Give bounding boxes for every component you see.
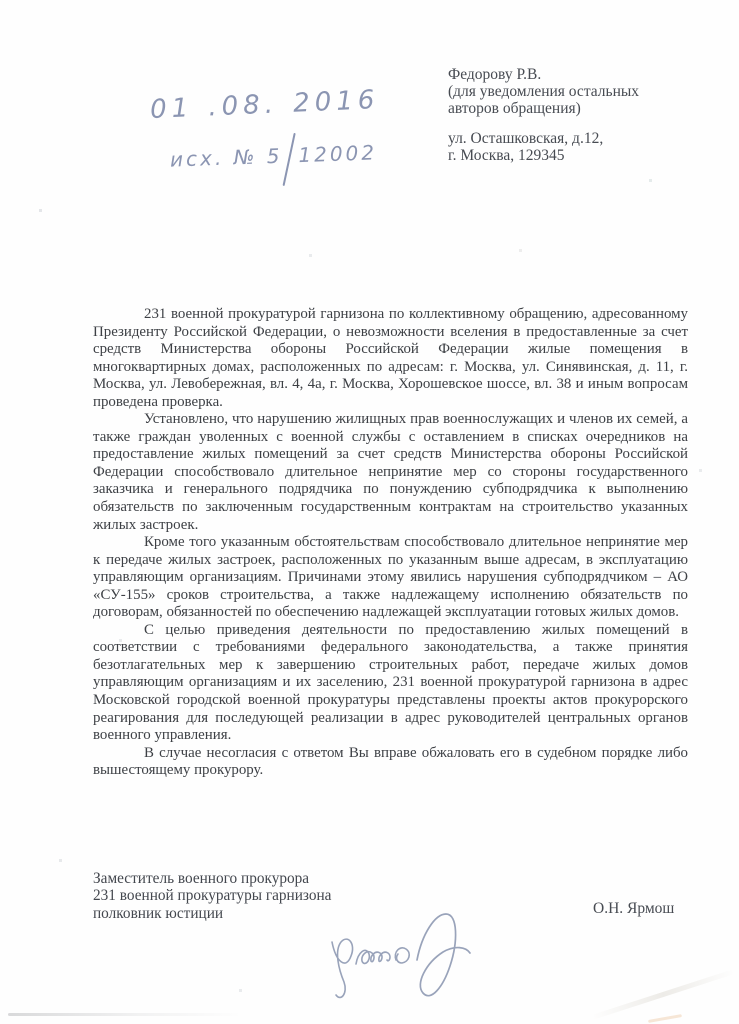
paper-crease xyxy=(591,969,735,1020)
body-paragraph: В случае несогласия с ответом Вы вправе … xyxy=(93,745,688,780)
ref-number-prefix: исх. № 5 xyxy=(170,144,283,172)
recipient-note-line1: (для уведомления остальных xyxy=(448,83,639,100)
recipient-name: Федорову Р.В. xyxy=(448,66,639,83)
handwritten-date: 01 .08. 2016 xyxy=(149,85,379,125)
scan-mark xyxy=(648,1014,682,1023)
scan-smudge xyxy=(8,1013,243,1016)
recipient-note-line2: авторов обращения) xyxy=(448,100,639,117)
signer-name: О.Н. Ярмош xyxy=(593,900,674,918)
ref-number-suffix: 12002 xyxy=(298,140,377,167)
body-paragraph: С целью приведения деятельности по предо… xyxy=(93,622,688,745)
recipient-address-line1: ул. Осташковская, д.12, xyxy=(448,130,639,147)
recipient-block: Федорову Р.В. (для уведомления остальных… xyxy=(448,66,639,164)
signer-title-block: Заместитель военного прокурора 231 военн… xyxy=(93,870,331,922)
scan-speckles xyxy=(0,0,1,1)
body-paragraph: Кроме того указанным обстоятельствам спо… xyxy=(93,534,688,622)
handwritten-ref-number: исх. № 5 12002 xyxy=(170,140,378,171)
signer-title-line1: Заместитель военного прокурора xyxy=(93,870,331,887)
slash-stroke xyxy=(283,133,296,186)
body-paragraph: 231 военной прокуратурой гарнизона по ко… xyxy=(93,306,688,411)
scanned-letter-page: 01 .08. 2016 исх. № 5 12002 Федорову Р.В… xyxy=(0,0,739,1024)
letter-body: 231 военной прокуратурой гарнизона по ко… xyxy=(93,306,688,780)
body-paragraph: Установлено, что нарушению жилищных прав… xyxy=(93,411,688,534)
signer-title-line2: 231 военной прокуратуры гарнизона xyxy=(93,887,331,904)
handwritten-signature-icon xyxy=(322,908,507,1006)
signer-title-line3: полковник юстиции xyxy=(93,905,331,922)
recipient-address-line2: г. Москва, 129345 xyxy=(448,147,639,164)
